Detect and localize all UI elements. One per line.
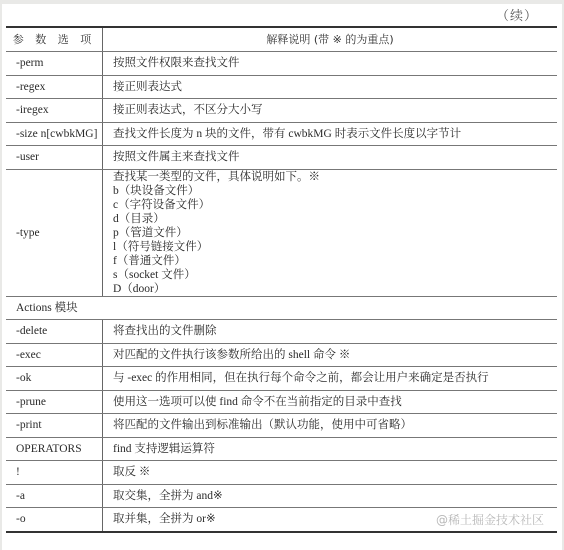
document-page: （续） 参 数 选 项 解释说明 (带 ※ 的为重点) -perm 按照文件权限… xyxy=(2,4,562,550)
description-cell: 将匹配的文件输出到标准输出（默认功能，使用中可省略） xyxy=(103,414,558,438)
description-cell: 查找文件长度为 n 块的文件，带有 cwbkMG 时表示文件长度以字节计 xyxy=(103,122,558,146)
table-row-type: -type 查找某一类型的文件，具体说明如下。※ b（块设备文件） c（字符设备… xyxy=(6,169,557,296)
description-cell: 按照文件权限来查找文件 xyxy=(103,52,558,76)
table-row: OPERATORS find 支持逻辑运算符 xyxy=(6,437,557,461)
table-row: -ok 与 -exec 的作用相同，但在执行每个命令之前，都会让用户来确定是否执… xyxy=(6,367,557,391)
header-description: 解释说明 (带 ※ 的为重点) xyxy=(103,27,558,52)
find-options-table: 参 数 选 项 解释说明 (带 ※ 的为重点) -perm 按照文件权限来查找文… xyxy=(6,26,557,533)
type-description-line: p（管道文件） xyxy=(113,226,557,240)
table-row: -size n[cwbkMG] 查找文件长度为 n 块的文件，带有 cwbkMG… xyxy=(6,122,557,146)
type-description-line: b（块设备文件） xyxy=(113,184,557,198)
table-row: -exec 对匹配的文件执行该参数所给出的 shell 命令 ※ xyxy=(6,343,557,367)
option-cell: -type xyxy=(6,169,103,296)
table-row: -regex 接正则表达式 xyxy=(6,75,557,99)
description-cell: 与 -exec 的作用相同，但在执行每个命令之前，都会让用户来确定是否执行 xyxy=(103,367,558,391)
option-cell: -iregex xyxy=(6,99,103,123)
description-cell: 接正则表达式，不区分大小写 xyxy=(103,99,558,123)
type-description-line: l（符号链接文件） xyxy=(113,240,557,254)
description-cell: 取交集，全拼为 and※ xyxy=(103,484,558,508)
type-description-line: D（door） xyxy=(113,282,557,296)
table-row: -delete 将查找出的文件删除 xyxy=(6,320,557,344)
table-row: -user 按照文件属主来查找文件 xyxy=(6,146,557,170)
option-cell: -regex xyxy=(6,75,103,99)
type-description-line: 查找某一类型的文件，具体说明如下。※ xyxy=(113,170,557,184)
section-row-actions: Actions 模块 xyxy=(6,296,557,320)
type-description-line: f（普通文件） xyxy=(113,254,557,268)
option-cell: OPERATORS xyxy=(6,437,103,461)
type-description-line: c（字符设备文件） xyxy=(113,198,557,212)
watermark: @稀土掘金技术社区 xyxy=(436,511,544,528)
table-row: -prune 使用这一选项可以使 find 命令不在当前指定的目录中查找 xyxy=(6,390,557,414)
type-description-line: d（目录） xyxy=(113,212,557,226)
header-option: 参 数 选 项 xyxy=(6,27,103,52)
description-cell: 对匹配的文件执行该参数所给出的 shell 命令 ※ xyxy=(103,343,558,367)
description-cell: 将查找出的文件删除 xyxy=(103,320,558,344)
option-cell: -print xyxy=(6,414,103,438)
section-heading: Actions 模块 xyxy=(6,296,557,320)
option-cell: -perm xyxy=(6,52,103,76)
description-cell: 按照文件属主来查找文件 xyxy=(103,146,558,170)
option-cell: -delete xyxy=(6,320,103,344)
table-row: -perm 按照文件权限来查找文件 xyxy=(6,52,557,76)
description-cell-type: 查找某一类型的文件，具体说明如下。※ b（块设备文件） c（字符设备文件） d（… xyxy=(103,169,558,296)
table-row: -iregex 接正则表达式，不区分大小写 xyxy=(6,99,557,123)
table-header-row: 参 数 选 项 解释说明 (带 ※ 的为重点) xyxy=(6,27,557,52)
description-cell: 接正则表达式 xyxy=(103,75,558,99)
table-row: -a 取交集，全拼为 and※ xyxy=(6,484,557,508)
option-cell: -ok xyxy=(6,367,103,391)
option-cell: -o xyxy=(6,508,103,532)
option-cell: -a xyxy=(6,484,103,508)
continued-label: （续） xyxy=(496,5,538,24)
table-row: ! 取反 ※ xyxy=(6,461,557,485)
option-cell: -user xyxy=(6,146,103,170)
type-description-line: s（socket 文件） xyxy=(113,268,557,282)
description-cell: 取反 ※ xyxy=(103,461,558,485)
description-cell: find 支持逻辑运算符 xyxy=(103,437,558,461)
option-cell: -prune xyxy=(6,390,103,414)
option-cell: -size n[cwbkMG] xyxy=(6,122,103,146)
option-cell: -exec xyxy=(6,343,103,367)
description-cell: 使用这一选项可以使 find 命令不在当前指定的目录中查找 xyxy=(103,390,558,414)
option-cell: ! xyxy=(6,461,103,485)
table-row: -print 将匹配的文件输出到标准输出（默认功能，使用中可省略） xyxy=(6,414,557,438)
